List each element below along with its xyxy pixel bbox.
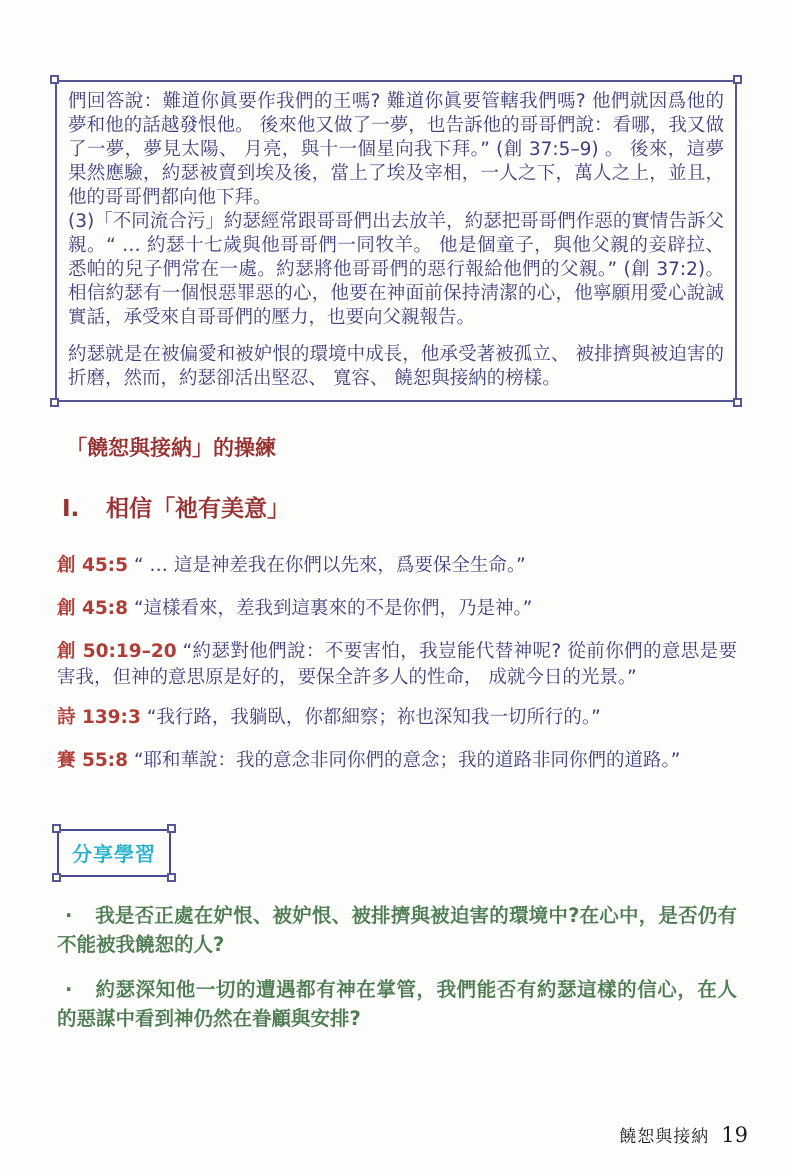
bullet-marker: · [57, 901, 95, 930]
intro-paragraph: 們回答說：難道你眞要作我們的王嗎? 難道你眞要管轄我們嗎? 他們就因爲他的夢和他… [68, 90, 724, 210]
subheading-label: 相信「祂有美意」 [106, 490, 290, 523]
section-heading: 「饒恕與接納」的操練 [66, 432, 737, 462]
footer-page-number: 19 [721, 1123, 748, 1147]
discussion-questions: ·我是否正處在妒恨、被妒恨、被排擠與被迫害的環境中?在心中，是否仍有不能被我饒恕… [57, 901, 737, 1033]
frame-corner-ornament [167, 824, 176, 833]
subheading-numeral: I. [62, 496, 106, 522]
frame-corner-ornament [52, 824, 61, 833]
discussion-bullet-item: ·約瑟深知他一切的遭遇都有神在掌管，我們能否有約瑟這樣的信心，在人的惡謀中看到神… [57, 975, 737, 1033]
frame-corner-ornament [50, 398, 59, 407]
scripture-row: 詩 139:3“我行路，我躺臥，你都細察；祢也深知我一切所行的。” [57, 705, 737, 731]
bullet-marker: · [57, 975, 95, 1004]
intro-paragraph: 約瑟就是在被偏愛和被妒恨的環境中成長，他承受著被孤立、 被排擠與被迫害的折磨，然… [68, 343, 724, 391]
scripture-row: 創 45:8“這樣看來，差我到這裏來的不是你們，乃是神。” [57, 596, 737, 622]
scripture-text: “耶和華說：我的意念非同你們的意念；我的道路非同你們的道路。” [134, 750, 680, 771]
frame-corner-ornament [733, 398, 742, 407]
scripture-text: “我行路，我躺臥，你都細察；祢也深知我一切所行的。” [147, 707, 601, 728]
footer-title: 饒恕與接納 [619, 1122, 709, 1147]
scripture-list: 創 45:5“ … 這是神差我在你們以先來，爲要保全生命。” 創 45:8“這樣… [57, 553, 737, 774]
frame-corner-ornament [52, 873, 61, 882]
intro-framed-box: 們回答說：難道你眞要作我們的王嗎? 難道你眞要管轄我們嗎? 他們就因爲他的夢和他… [55, 80, 737, 402]
scripture-text: “ … 這是神差我在你們以先來，爲要保全生命。” [134, 555, 526, 576]
scripture-row: 賽 55:8“耶和華說：我的意念非同你們的意念；我的道路非同你們的道路。” [57, 748, 737, 774]
discussion-text: 我是否正處在妒恨、被妒恨、被排擠與被迫害的環境中?在心中，是否仍有不能被我饒恕的… [57, 904, 737, 956]
scripture-ref: 創 45:5 [57, 555, 128, 576]
page-footer: 饒恕與接納 19 [619, 1122, 748, 1147]
main-content: 「饒恕與接納」的操練 I. 相信「祂有美意」 創 45:5“ … 這是神差我在你… [57, 432, 737, 1049]
share-learning-label: 分享學習 [72, 842, 156, 866]
share-learning-badge: 分享學習 [57, 829, 171, 877]
intro-paragraph: (3)「不同流合污」約瑟經常跟哥哥們出去放羊，約瑟把哥哥們作惡的實情告訴父親。“… [68, 210, 724, 330]
scripture-ref: 賽 55:8 [57, 750, 128, 771]
discussion-bullet-item: ·我是否正處在妒恨、被妒恨、被排擠與被迫害的環境中?在心中，是否仍有不能被我饒恕… [57, 901, 737, 959]
section-subheading: I. 相信「祂有美意」 [62, 490, 737, 523]
scripture-row: 創 45:5“ … 這是神差我在你們以先來，爲要保全生命。” [57, 553, 737, 579]
scripture-ref: 創 45:8 [57, 598, 128, 619]
scripture-row: 創 50:19–20“約瑟對他們說：不要害怕，我豈能代替神呢? 從前你們的意思是… [57, 639, 737, 691]
scripture-ref: 詩 139:3 [57, 707, 141, 728]
scripture-text: “這樣看來，差我到這裏來的不是你們，乃是神。” [134, 598, 532, 619]
frame-corner-ornament [167, 873, 176, 882]
scripture-ref: 創 50:19–20 [57, 641, 177, 662]
frame-corner-ornament [50, 75, 59, 84]
document-page: 們回答說：難道你眞要作我們的王嗎? 難道你眞要管轄我們嗎? 他們就因爲他的夢和他… [0, 0, 790, 1170]
frame-corner-ornament [733, 75, 742, 84]
discussion-text: 約瑟深知他一切的遭遇都有神在掌管，我們能否有約瑟這樣的信心，在人的惡謀中看到神仍… [57, 978, 737, 1030]
